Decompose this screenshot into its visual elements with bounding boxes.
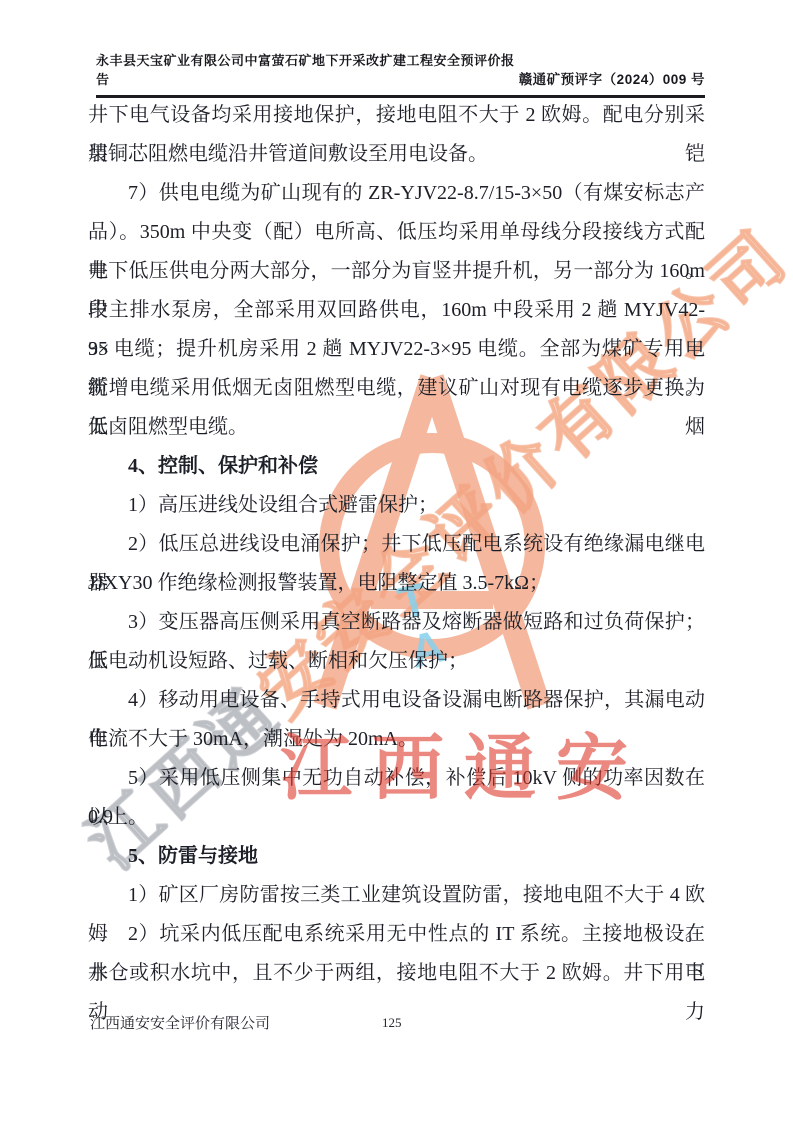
footer-company-name: 江西通安安全评价有限公司 <box>90 1012 270 1033</box>
body-line: 7）供电电缆为矿山现有的 ZR-YJV22-8.7/15-3×50（有煤安标志产 <box>88 174 705 213</box>
header-document-number: 赣通矿预评字（2024）009 号 <box>519 68 705 88</box>
body-line: 4）移动用电设备、手持式用电设备设漏电断路器保护，其漏电动作 <box>88 681 705 720</box>
body-text: 井下电气设备均采用接地保护，接地电阻不大于 2 欧姆。配电分别采用铠装铜芯阻燃电… <box>88 96 705 993</box>
body-line: 95 电缆；提升机房采用 2 趟 MYJV22-3×95 电缆。全部为煤矿专用电… <box>88 330 705 369</box>
body-line: 5、防雷与接地 <box>88 837 705 876</box>
body-line: 水仓或积水坑中，且不少于两组，接地电阻不大于 2 欧姆。井下用电动力 <box>88 954 705 993</box>
body-line: 5）采用低压侧集中无功自动补偿，补偿后 10kV 侧的功率因数在 0.9 <box>88 759 705 798</box>
body-line: 新增电缆采用低烟无卤阻燃型电缆，建议矿山对现有电缆逐步更换为低烟 <box>88 369 705 408</box>
body-line: 2）坑采内低压配电系统采用无中性点的 IT 系统。主接地极设在井下 <box>88 915 705 954</box>
body-line: 井下低压供电分两大部分，一部分为盲竖井提升机，另一部分为 160m 中 <box>88 252 705 291</box>
body-line: 井下电气设备均采用接地保护，接地电阻不大于 2 欧姆。配电分别采用铠 <box>88 96 705 135</box>
diagonal-watermark-char: 司 <box>696 216 793 324</box>
body-line: 3）变压器高压侧采用真空断路器及熔断器做短路和过负荷保护；低 <box>88 603 705 642</box>
document-page: 江西通安安全评价有限公司 T A 永丰县天宝矿业有限公司中富萤石矿地下开采改扩建… <box>0 0 793 1122</box>
page-header: 永丰县天宝矿业有限公司中富萤石矿地下开采改扩建工程安全预评价报告 赣通矿预评字（… <box>96 50 705 98</box>
header-report-title: 永丰县天宝矿业有限公司中富萤石矿地下开采改扩建工程安全预评价报告 <box>96 50 519 88</box>
body-line: 电流不大于 30mA，潮湿处为 20mA。 <box>88 720 705 759</box>
body-line: JJXY30 作绝缘检测报警装置，电阻整定值 3.5-7kΩ； <box>88 564 705 603</box>
body-line: 压电动机设短路、过载、断相和欠压保护； <box>88 642 705 681</box>
body-line: 2）低压总进线设电涌保护；井下低压配电系统设有绝缘漏电继电器 <box>88 525 705 564</box>
body-line: 段主排水泵房，全部采用双回路供电，160m 中段采用 2 趟 MYJV42-3× <box>88 291 705 330</box>
body-line: 品）。350m 中央变（配）电所高、低压均采用单母线分段接线方式配电。 <box>88 213 705 252</box>
body-line: 1）高压进线处设组合式避雷保护； <box>88 486 705 525</box>
body-line: 以上。 <box>88 798 705 837</box>
footer-page-number: 125 <box>382 1015 402 1031</box>
body-line: 4、控制、保护和补偿 <box>88 447 705 486</box>
body-line: 1）矿区厂房防雷按三类工业建筑设置防雷，接地电阻不大于 4 欧姆。 <box>88 876 705 915</box>
